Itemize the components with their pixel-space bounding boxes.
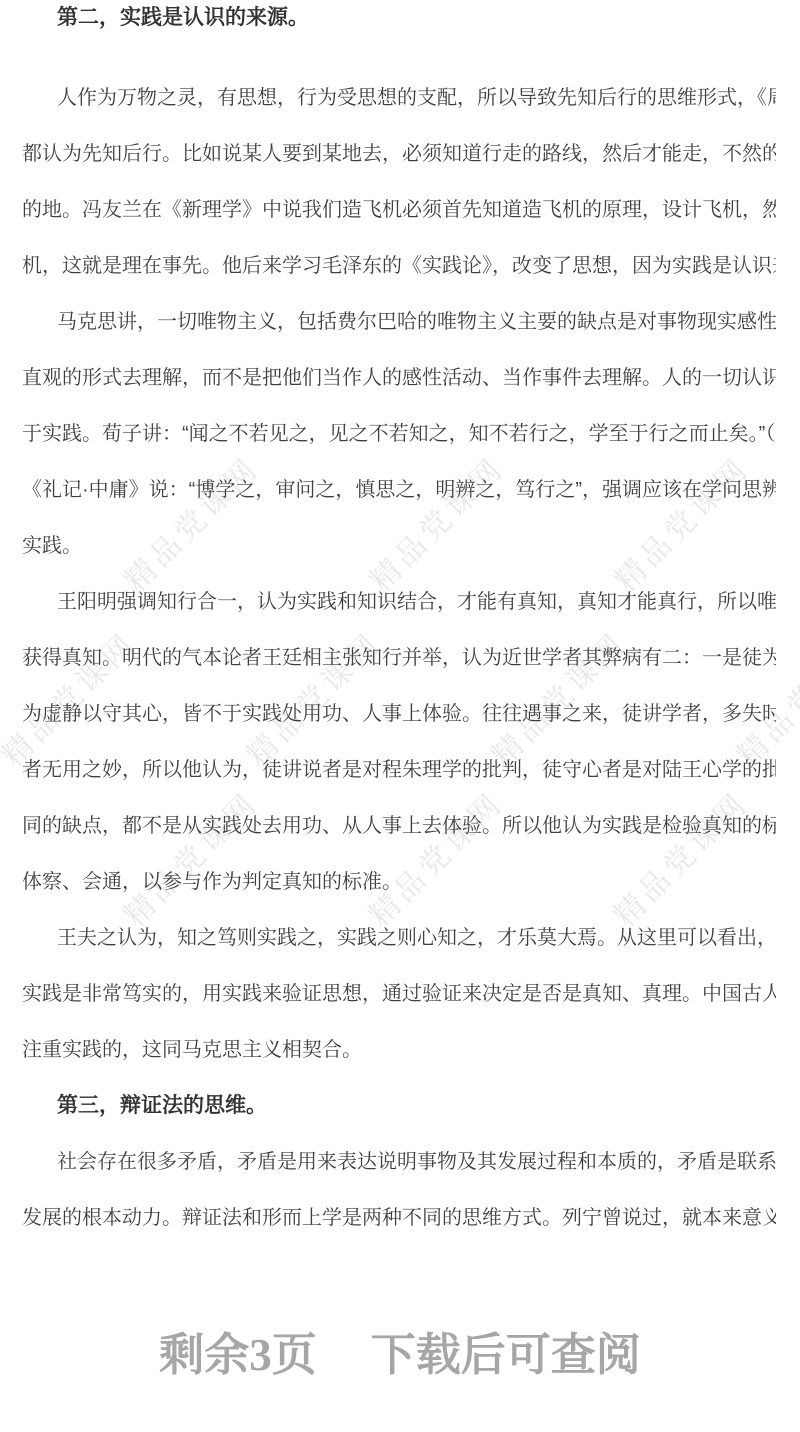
- text-line: 的地。冯友兰在《新理学》中说我们造飞机必须首先知道造飞机的原理，设计飞机，然后才…: [22, 182, 776, 238]
- text-line: 机，这就是理在事先。他后来学习毛泽东的《实践论》，改变了思想，因为实践是认识来源…: [22, 238, 776, 294]
- text-line: 体察、会通，以参与作为判定真知的标准。: [22, 854, 776, 910]
- document-content: 第二，实践是认识的来源。人作为万物之灵，有思想，行为受思想的支配，所以导致先知后…: [0, 0, 800, 1246]
- text-line: 于实践。荀子讲：“闻之不若见之，见之不若知之，知不若行之，学至于行之而止矣。”（…: [22, 406, 776, 462]
- paragraph: 人作为万物之灵，有思想，行为受思想的支配，所以导致先知后行的思维形式，《周易》和…: [22, 70, 776, 294]
- section-heading: 第二，实践是认识的来源。: [22, 0, 776, 36]
- paragraph: 马克思讲，一切唯物主义，包括费尔巴哈的唯物主义主要的缺点是对事物现实感性只是从客…: [22, 294, 776, 574]
- text-line: 《礼记·中庸》说：“博学之，审问之，慎思之，明辨之，笃行之”，强调应该在学问思辨…: [22, 462, 776, 518]
- text-line: 实践是非常笃实的，用实践来验证思想，通过验证来决定是否是真知、真理。中国古人在认…: [22, 966, 776, 1022]
- text-line: 实践。: [22, 518, 776, 574]
- preview-footer: 剩余3页下载后可查阅: [0, 1330, 800, 1380]
- remaining-pages-label: 剩余3页: [159, 1330, 317, 1380]
- text-line: 人作为万物之灵，有思想，行为受思想的支配，所以导致先知后行的思维形式，《周易》和…: [22, 70, 776, 126]
- text-line: 王夫之认为，知之笃则实践之，实践之则心知之，才乐莫大焉。从这里可以看出，中国古人…: [22, 910, 776, 966]
- text-line: 发展的根本动力。辩证法和形而上学是两种不同的思维方式。列宁曾说过，就本来意义上来…: [22, 1190, 776, 1246]
- document-page: 精品党课网精品党课网精品党课网精品党课网精品党课网精品党课网精品党课网精品党课网…: [0, 0, 800, 1432]
- text-line: 社会存在很多矛盾，矛盾是用来表达说明事物及其发展过程和本质的，矛盾是联系的根本内…: [22, 1134, 776, 1190]
- paragraph: 王夫之认为，知之笃则实践之，实践之则心知之，才乐莫大焉。从这里可以看出，中国古人…: [22, 910, 776, 1078]
- text-line: 获得真知。明代的气本论者王廷相主张知行并举，认为近世学者其弊病有二：一是徒为讲说…: [22, 630, 776, 686]
- section-heading: 第三，辩证法的思维。: [22, 1078, 776, 1134]
- text-line: 同的缺点，都不是从实践处去用功、从人事上去体验。所以他认为实践是检验真知的标准，…: [22, 798, 776, 854]
- text-line: 者无用之妙，所以他认为，徒讲说者是对程朱理学的批判，徒守心者是对陆王心学的批判。…: [22, 742, 776, 798]
- text-line: 为虚静以守其心，皆不于实践处用功、人事上体验。往往遇事之来，徒讲学者，多失时措之…: [22, 686, 776, 742]
- text-line: 王阳明强调知行合一，认为实践和知识结合，才能有真知，真知才能真行，所以唯有笃行才…: [22, 574, 776, 630]
- text-line: 直观的形式去理解，而不是把他们当作人的感性活动、当作事件去理解。人的一切认识归根…: [22, 350, 776, 406]
- text-line: 都认为先知后行。比如说某人要到某地去，必须知道行走的路线，然后才能走，不然的话就…: [22, 126, 776, 182]
- text-line: 注重实践的，这同马克思主义相契合。: [22, 1022, 776, 1078]
- download-hint-label: 下载后可查阅: [371, 1330, 641, 1380]
- paragraph: 王阳明强调知行合一，认为实践和知识结合，才能有真知，真知才能真行，所以唯有笃行才…: [22, 574, 776, 910]
- paragraph: 社会存在很多矛盾，矛盾是用来表达说明事物及其发展过程和本质的，矛盾是联系的根本内…: [22, 1134, 776, 1246]
- text-line: 马克思讲，一切唯物主义，包括费尔巴哈的唯物主义主要的缺点是对事物现实感性只是从客…: [22, 294, 776, 350]
